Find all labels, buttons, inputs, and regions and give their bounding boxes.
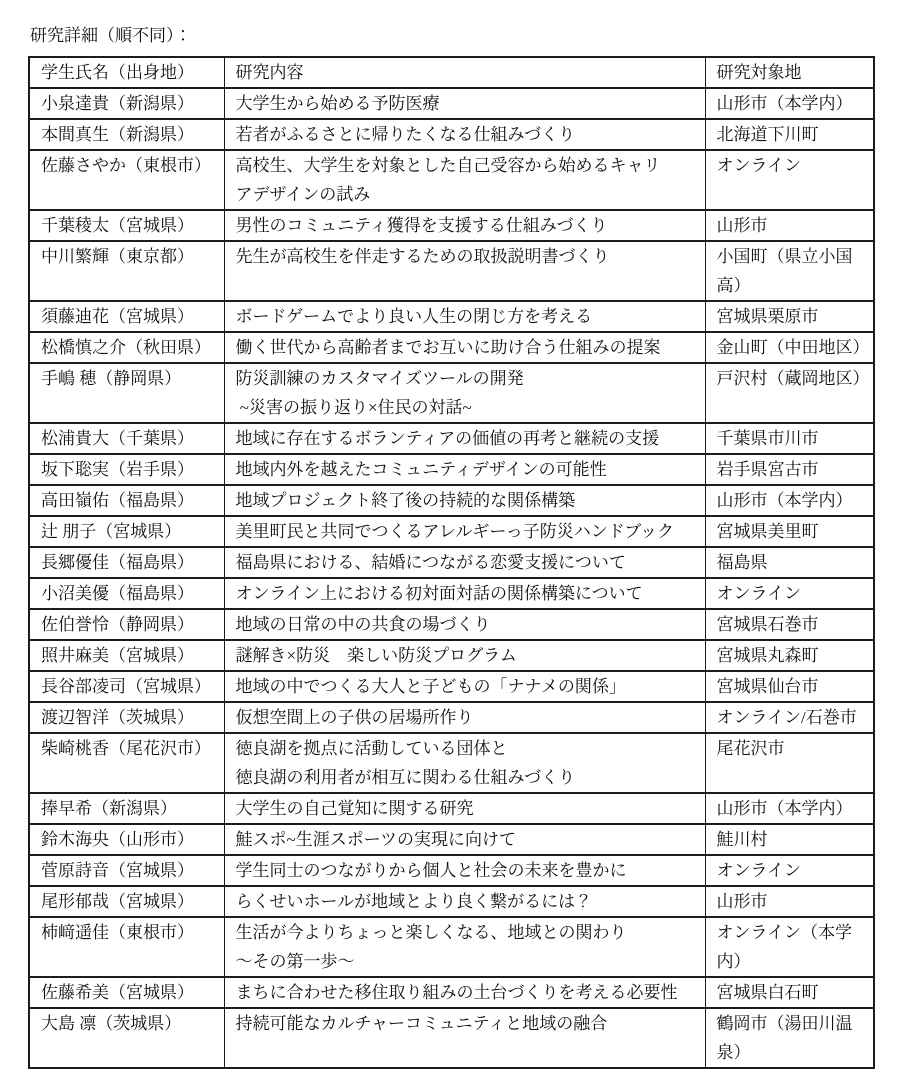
student-name-cell: 手嶋 穂（静岡県） <box>29 363 224 423</box>
table-row: 佐藤さやか（東根市） 高校生、大学生を対象とした自己受容から始めるキャリ アデザ… <box>29 150 874 210</box>
student-name-cell: 尾形郁哉（宮城県） <box>29 886 224 917</box>
research-content-cell: 謎解き×防災 楽しい防災プログラム <box>224 640 705 671</box>
research-content-cell: 地域の日常の中の共食の場づくり <box>224 609 705 640</box>
research-content-cell: 地域の中でつくる大人と子どもの「ナナメの関係」 <box>224 671 705 702</box>
table-row: 小泉達貴（新潟県） 大学生から始める予防医療 山形市（本学内） <box>29 88 874 119</box>
research-content-cell: まちに合わせた移住取り組みの土台づくりを考える必要性 <box>224 977 705 1008</box>
research-content-cell: ボードゲームでより良い人生の閉じ方を考える <box>224 301 705 332</box>
table-row: 本間真生（新潟県） 若者がふるさとに帰りたくなる仕組みづくり 北海道下川町 <box>29 119 874 150</box>
research-table: 学生氏名（出身地） 研究内容 研究対象地 小泉達貴（新潟県） 大学生から始める予… <box>28 56 875 1069</box>
table-row: 千葉稜太（宮城県） 男性のコミュニティ獲得を支援する仕組みづくり 山形市 <box>29 210 874 241</box>
research-location-cell: 千葉県市川市 <box>705 423 874 454</box>
research-location-cell: オンライン/石巻市 <box>705 702 874 733</box>
research-content-cell: 働く世代から高齢者までお互いに助け合う仕組みの提案 <box>224 332 705 363</box>
research-content-cell: 高校生、大学生を対象とした自己受容から始めるキャリ アデザインの試み <box>224 150 705 210</box>
research-content-cell: 大学生から始める予防医療 <box>224 88 705 119</box>
research-location-cell: 宮城県石巻市 <box>705 609 874 640</box>
student-name-cell: 佐伯誉怜（静岡県） <box>29 609 224 640</box>
student-name-cell: 長郷優佳（福島県） <box>29 547 224 578</box>
student-name-cell: 中川繁輝（東京都） <box>29 241 224 301</box>
research-content-cell: オンライン上における初対面対話の関係構築について <box>224 578 705 609</box>
student-name-cell: 小沼美優（福島県） <box>29 578 224 609</box>
student-name-cell: 坂下聡実（岩手県） <box>29 454 224 485</box>
research-content-cell: 先生が高校生を伴走するための取扱説明書づくり <box>224 241 705 301</box>
research-location-cell: 山形市（本学内） <box>705 485 874 516</box>
page-title: 研究詳細（順不同）： <box>30 26 873 46</box>
header-row: 学生氏名（出身地） 研究内容 研究対象地 <box>29 57 874 88</box>
research-content-cell: 若者がふるさとに帰りたくなる仕組みづくり <box>224 119 705 150</box>
student-name-cell: 本間真生（新潟県） <box>29 119 224 150</box>
table-row: 高田嶺佑（福島県） 地域プロジェクト終了後の持続的な関係構築 山形市（本学内） <box>29 485 874 516</box>
research-location-cell: 鶴岡市（湯田川温泉） <box>705 1008 874 1068</box>
student-name-cell: 照井麻美（宮城県） <box>29 640 224 671</box>
research-location-cell: 小国町（県立小国高） <box>705 241 874 301</box>
table-row: 照井麻美（宮城県） 謎解き×防災 楽しい防災プログラム 宮城県丸森町 <box>29 640 874 671</box>
table-row: 手嶋 穂（静岡県） 防災訓練のカスタマイズツールの開発 ~災害の振り返り×住民の… <box>29 363 874 423</box>
student-name-cell: 長谷部凌司（宮城県） <box>29 671 224 702</box>
research-content-cell: 福島県における、結婚につながる恋愛支援について <box>224 547 705 578</box>
research-content-cell: 地域に存在するボランティアの価値の再考と継続の支援 <box>224 423 705 454</box>
research-location-cell: 岩手県宮古市 <box>705 454 874 485</box>
research-location-cell: 山形市（本学内） <box>705 88 874 119</box>
research-content-cell: 仮想空間上の子供の居場所作り <box>224 702 705 733</box>
research-content-cell: 大学生の自己覚知に関する研究 <box>224 793 705 824</box>
student-name-cell: 千葉稜太（宮城県） <box>29 210 224 241</box>
student-name-cell: 佐藤希美（宮城県） <box>29 977 224 1008</box>
research-content-cell: 生活が今よりちょっと楽しくなる、地域との関わり ～その第一歩～ <box>224 917 705 977</box>
research-content-cell: 徳良湖を拠点に活動している団体と 徳良湖の利用者が相互に関わる仕組みづくり <box>224 733 705 793</box>
research-content-cell: 地域プロジェクト終了後の持続的な関係構築 <box>224 485 705 516</box>
table-row: 長谷部凌司（宮城県） 地域の中でつくる大人と子どもの「ナナメの関係」 宮城県仙台… <box>29 671 874 702</box>
research-content-cell: 男性のコミュニティ獲得を支援する仕組みづくり <box>224 210 705 241</box>
research-location-cell: オンライン <box>705 855 874 886</box>
table-row: 坂下聡実（岩手県） 地域内外を越えたコミュニティデザインの可能性 岩手県宮古市 <box>29 454 874 485</box>
research-location-cell: 宮城県仙台市 <box>705 671 874 702</box>
student-name-cell: 捧早希（新潟県） <box>29 793 224 824</box>
research-content-cell: らくせいホールが地域とより良く繋がるには？ <box>224 886 705 917</box>
table-row: 菅原詩音（宮城県） 学生同士のつながりから個人と社会の未来を豊かに オンライン <box>29 855 874 886</box>
table-row: 小沼美優（福島県） オンライン上における初対面対話の関係構築について オンライン <box>29 578 874 609</box>
table-row: 松浦貴大（千葉県） 地域に存在するボランティアの価値の再考と継続の支援 千葉県市… <box>29 423 874 454</box>
research-location-cell: 鮭川村 <box>705 824 874 855</box>
table-row: 捧早希（新潟県） 大学生の自己覚知に関する研究 山形市（本学内） <box>29 793 874 824</box>
research-location-cell: 宮城県栗原市 <box>705 301 874 332</box>
research-location-cell: オンライン <box>705 150 874 210</box>
research-location-cell: 金山町（中田地区） <box>705 332 874 363</box>
student-name-cell: 松浦貴大（千葉県） <box>29 423 224 454</box>
research-location-cell: 山形市 <box>705 210 874 241</box>
student-name-cell: 渡辺智洋（茨城県） <box>29 702 224 733</box>
student-name-cell: 菅原詩音（宮城県） <box>29 855 224 886</box>
table-row: 長郷優佳（福島県） 福島県における、結婚につながる恋愛支援について 福島県 <box>29 547 874 578</box>
student-name-cell: 高田嶺佑（福島県） <box>29 485 224 516</box>
student-name-cell: 佐藤さやか（東根市） <box>29 150 224 210</box>
table-row: 鈴木海央（山形市） 鮭スポ~生涯スポーツの実現に向けて 鮭川村 <box>29 824 874 855</box>
research-content-cell: 持続可能なカルチャーコミュニティと地域の融合 <box>224 1008 705 1068</box>
table-row: 佐伯誉怜（静岡県） 地域の日常の中の共食の場づくり 宮城県石巻市 <box>29 609 874 640</box>
research-content-cell: 鮭スポ~生涯スポーツの実現に向けて <box>224 824 705 855</box>
research-content-cell: 美里町民と共同でつくるアレルギーっ子防災ハンドブック <box>224 516 705 547</box>
research-location-cell: 山形市（本学内） <box>705 793 874 824</box>
research-location-cell: 戸沢村（蔵岡地区） <box>705 363 874 423</box>
student-name-cell: 柿﨑遥佳（東根市） <box>29 917 224 977</box>
student-name-cell: 松橋慎之介（秋田県） <box>29 332 224 363</box>
table-row: 須藤迪花（宮城県） ボードゲームでより良い人生の閉じ方を考える 宮城県栗原市 <box>29 301 874 332</box>
col-header-student-name: 学生氏名（出身地） <box>29 57 224 88</box>
table-row: 佐藤希美（宮城県） まちに合わせた移住取り組みの土台づくりを考える必要性 宮城県… <box>29 977 874 1008</box>
table-row: 尾形郁哉（宮城県） らくせいホールが地域とより良く繋がるには？ 山形市 <box>29 886 874 917</box>
document-page: 研究詳細（順不同）： 学生氏名（出身地） 研究内容 研究対象地 小泉達貴（新潟県… <box>0 0 900 1069</box>
research-location-cell: 宮城県美里町 <box>705 516 874 547</box>
research-content-cell: 防災訓練のカスタマイズツールの開発 ~災害の振り返り×住民の対話~ <box>224 363 705 423</box>
research-location-cell: 宮城県丸森町 <box>705 640 874 671</box>
student-name-cell: 鈴木海央（山形市） <box>29 824 224 855</box>
col-header-research-content: 研究内容 <box>224 57 705 88</box>
table-row: 柴崎桃香（尾花沢市） 徳良湖を拠点に活動している団体と 徳良湖の利用者が相互に関… <box>29 733 874 793</box>
student-name-cell: 須藤迪花（宮城県） <box>29 301 224 332</box>
research-location-cell: 北海道下川町 <box>705 119 874 150</box>
research-location-cell: オンライン <box>705 578 874 609</box>
research-location-cell: 福島県 <box>705 547 874 578</box>
table-row: 渡辺智洋（茨城県） 仮想空間上の子供の居場所作り オンライン/石巻市 <box>29 702 874 733</box>
research-content-cell: 地域内外を越えたコミュニティデザインの可能性 <box>224 454 705 485</box>
research-content-cell: 学生同士のつながりから個人と社会の未来を豊かに <box>224 855 705 886</box>
col-header-research-location: 研究対象地 <box>705 57 874 88</box>
table-row: 辻 朋子（宮城県） 美里町民と共同でつくるアレルギーっ子防災ハンドブック 宮城県… <box>29 516 874 547</box>
table-row: 柿﨑遥佳（東根市） 生活が今よりちょっと楽しくなる、地域との関わり ～その第一歩… <box>29 917 874 977</box>
research-location-cell: 尾花沢市 <box>705 733 874 793</box>
table-row: 大島 凛（茨城県） 持続可能なカルチャーコミュニティと地域の融合 鶴岡市（湯田川… <box>29 1008 874 1068</box>
research-location-cell: オンライン（本学内） <box>705 917 874 977</box>
student-name-cell: 大島 凛（茨城県） <box>29 1008 224 1068</box>
table-row: 中川繁輝（東京都） 先生が高校生を伴走するための取扱説明書づくり 小国町（県立小… <box>29 241 874 301</box>
student-name-cell: 柴崎桃香（尾花沢市） <box>29 733 224 793</box>
research-location-cell: 山形市 <box>705 886 874 917</box>
research-location-cell: 宮城県白石町 <box>705 977 874 1008</box>
table-row: 松橋慎之介（秋田県） 働く世代から高齢者までお互いに助け合う仕組みの提案 金山町… <box>29 332 874 363</box>
student-name-cell: 辻 朋子（宮城県） <box>29 516 224 547</box>
student-name-cell: 小泉達貴（新潟県） <box>29 88 224 119</box>
